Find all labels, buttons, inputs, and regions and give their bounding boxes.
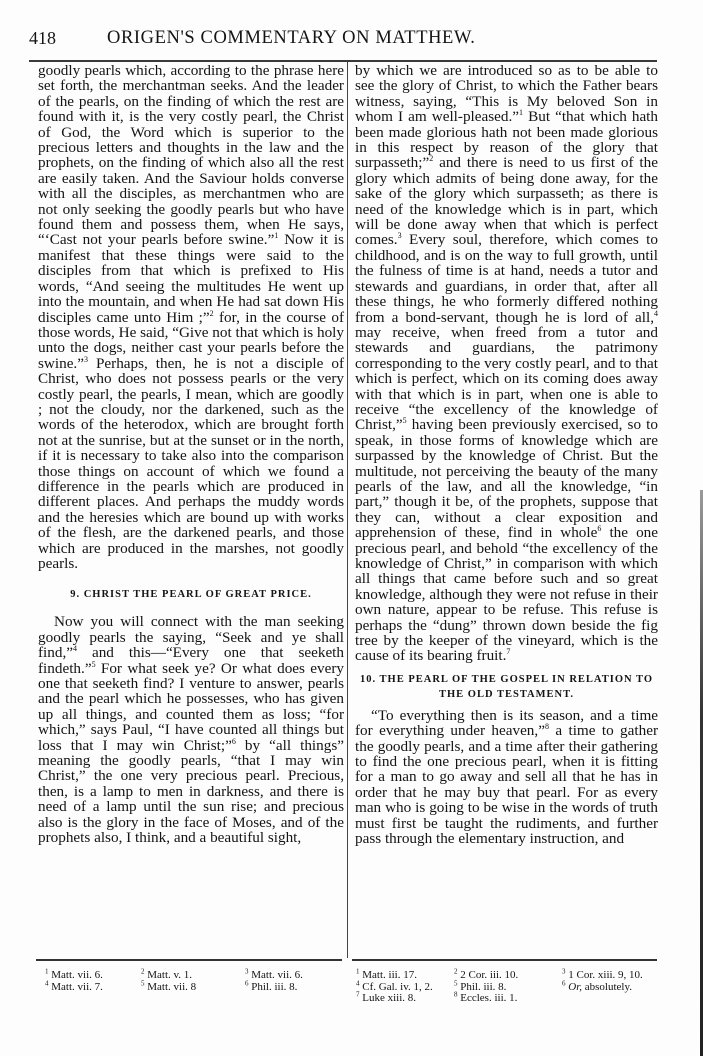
paragraph: goodly pearls which, according to the ph… bbox=[38, 63, 344, 571]
footnote: 6 Or, absolutely. bbox=[562, 982, 666, 994]
footnotes-right: 1 Matt. iii. 17. 4 Cf. Gal. iv. 1, 2. 7 … bbox=[356, 970, 666, 1005]
page-header: 418 ORIGEN'S COMMENTARY ON MATTHEW. bbox=[29, 28, 659, 52]
running-title: ORIGEN'S COMMENTARY ON MATTHEW. bbox=[107, 28, 476, 49]
column-divider bbox=[347, 62, 348, 958]
text: by “all things” meaning the goodly pearl… bbox=[38, 737, 344, 846]
footnote: 8 Eccles. iii. 1. bbox=[454, 993, 562, 1005]
text: Perhaps, then, he is not a disciple of C… bbox=[38, 355, 344, 572]
section-heading-10: 10. THE PEARL OF THE GOSPEL IN RELATION … bbox=[355, 672, 658, 702]
paragraph: by which we are introduced so as to be a… bbox=[355, 63, 658, 664]
footnote-mark: 1 bbox=[274, 231, 278, 240]
footnote-mark: 3 bbox=[84, 355, 88, 364]
footnote-mark: 2 bbox=[210, 308, 214, 317]
footnote: 4 Matt. vii. 7. bbox=[45, 982, 141, 994]
footnote: 6 Phil. iii. 8. bbox=[245, 982, 345, 994]
footnote: 7 Luke xiii. 8. bbox=[356, 993, 454, 1005]
left-column: goodly pearls which, according to the ph… bbox=[38, 63, 344, 846]
right-column: by which we are introduced so as to be a… bbox=[355, 63, 658, 847]
footnote-rule-right bbox=[352, 959, 657, 961]
section-heading-9: 9. CHRIST THE PEARL OF GREAT PRICE. bbox=[38, 587, 344, 602]
footnote-mark: 4 bbox=[654, 308, 658, 317]
text: the one precious pearl, and behold “the … bbox=[355, 524, 658, 664]
text: a time to gather the goodly pearls, and … bbox=[355, 722, 658, 847]
text: goodly pearls which, according to the ph… bbox=[38, 62, 344, 248]
paragraph: Now you will connect with the man seekin… bbox=[38, 614, 344, 845]
text: Every soul, therefore, which comes to ch… bbox=[355, 231, 658, 325]
paragraph: “To everything then is its season, and a… bbox=[355, 708, 658, 847]
text: having been previously exercised, so to … bbox=[355, 416, 658, 541]
footnote-empty bbox=[562, 993, 666, 1005]
footnote-rule-left bbox=[36, 959, 342, 961]
footnote: 5 Matt. vii. 8 bbox=[141, 982, 245, 994]
page-number: 418 bbox=[29, 28, 56, 49]
footnote-mark: 7 bbox=[506, 647, 510, 656]
footnotes-left: 1 Matt. vii. 6. 4 Matt. vii. 7. 2 Matt. … bbox=[45, 970, 345, 993]
